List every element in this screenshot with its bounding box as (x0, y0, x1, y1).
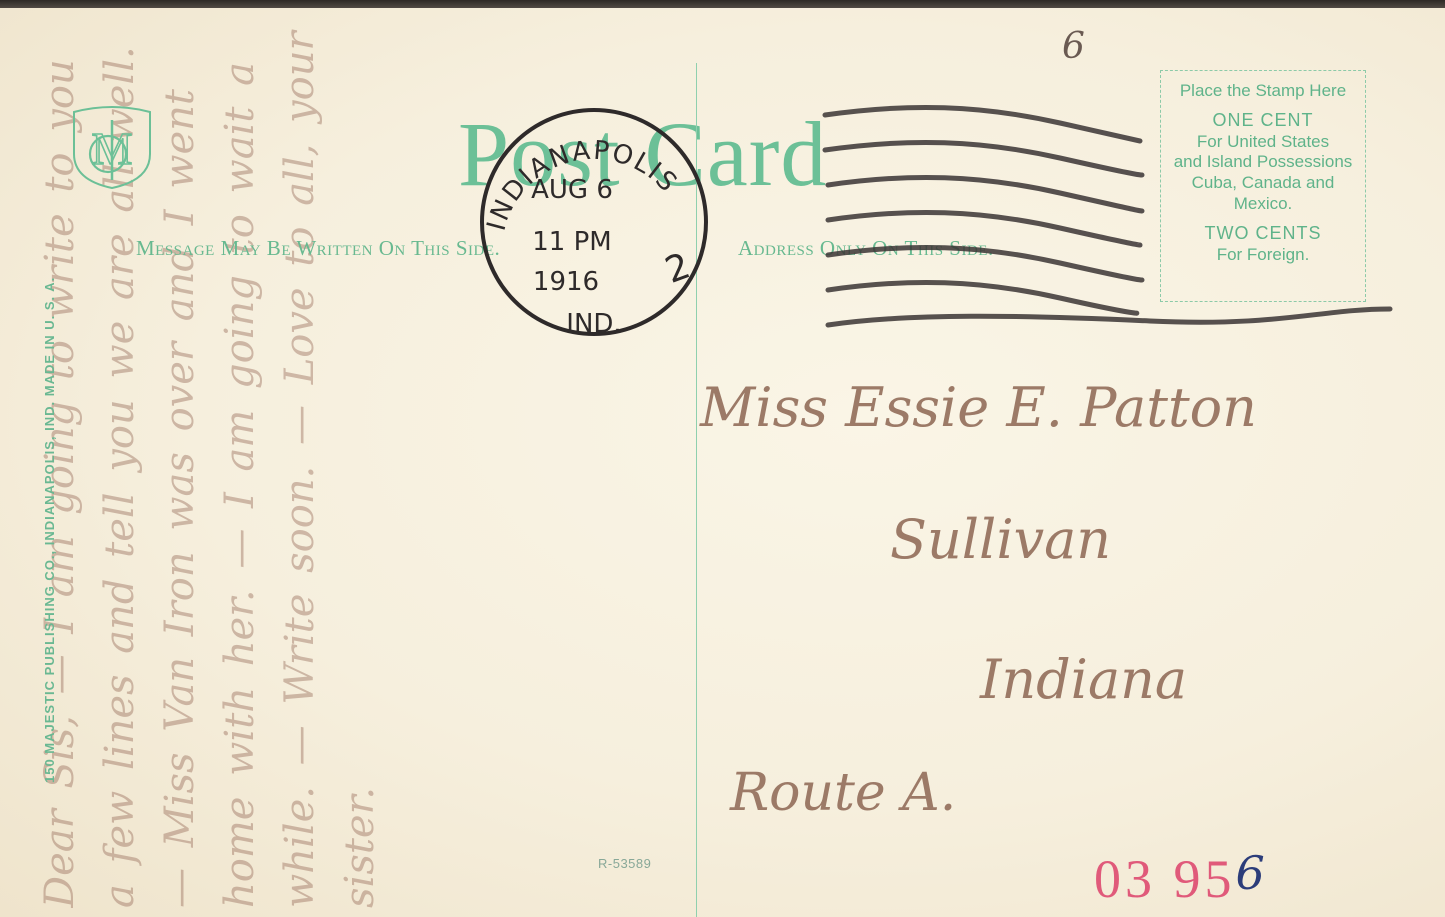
postmark-date: AUG 6 (531, 175, 613, 205)
card-code: R-53589 (598, 856, 651, 871)
machine-cancellation-lines (820, 103, 1400, 333)
message-side-label: Message May Be Written On This Side. (136, 236, 500, 261)
postmark-year: 1916 (533, 267, 599, 297)
serial-printed-digits: 03 95 (1094, 849, 1236, 909)
publisher-monogram-logo-icon: M (68, 104, 156, 192)
recipient-state: Indiana (980, 648, 1187, 711)
recipient-city: Sullivan (890, 508, 1111, 571)
recipient-route: Route A. (730, 763, 956, 823)
postmark-station: 2 (660, 246, 696, 292)
publisher-imprint: 150 MAJESTIC PUBLISHING CO., INDIANAPOLI… (42, 277, 57, 783)
postmark-time: 11 PM (532, 227, 611, 257)
postcard-back: Dear Sis, — I am going to write to you a… (0, 8, 1445, 917)
postmark-state: IND. (566, 309, 621, 339)
serial-handwritten-digit: 6 (1236, 846, 1265, 900)
pencil-corner-note: 6 (1062, 26, 1085, 67)
stamped-serial-number: 03 956 (1094, 846, 1265, 910)
stamp-heading: Place the Stamp Here (1161, 81, 1365, 102)
indianapolis-postmark: INDIANAPOLIS AUG 6 11 PM 1916 IND. 2 (474, 102, 714, 342)
recipient-name: Miss Essie E. Patton (700, 376, 1257, 439)
